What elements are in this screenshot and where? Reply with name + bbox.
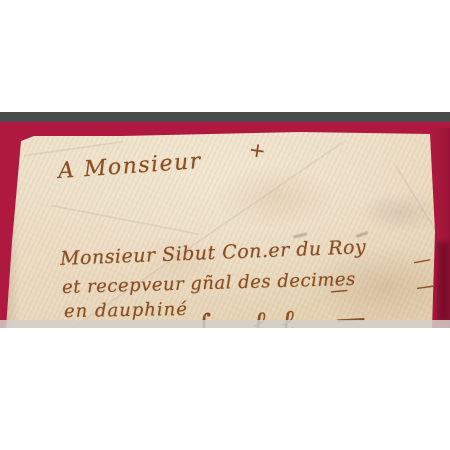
recipient-script: A Monsieur — [57, 149, 202, 184]
mat-shadow-streak — [437, 242, 450, 322]
address-line-2-flourish: — — [329, 279, 349, 301]
photo-bottom-fade — [0, 320, 450, 328]
paper-crease — [24, 140, 123, 156]
postal-cross-mark: + — [247, 137, 267, 163]
photo-top-border — [0, 112, 450, 122]
address-line-1: Monsieur Sibut Con.er du Roy — [60, 236, 367, 270]
address-line-2: et recepveur gñal des decimes — [62, 269, 356, 298]
address-line-2-flourish-right: — — [415, 275, 436, 298]
letter-photo: A Monsieur + Monsieur Sibut Con.er du Ro… — [0, 112, 450, 328]
paper-crease — [52, 204, 200, 235]
address-line-3: en dauphiné — [64, 299, 188, 322]
address-line-1-flourish: — — [411, 249, 432, 273]
page: A Monsieur + Monsieur Sibut Con.er du Ro… — [0, 0, 450, 450]
letter-paper: A Monsieur + Monsieur Sibut Con.er du Ro… — [0, 112, 450, 328]
